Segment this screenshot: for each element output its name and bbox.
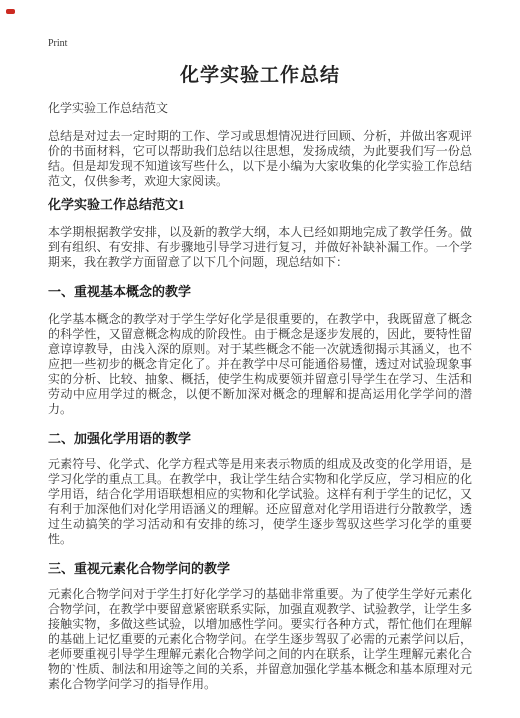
section-heading-1: 一、重视基本概念的教学 xyxy=(48,284,472,300)
document-page: Print 化学实验工作总结 化学实验工作总结范文 总结是对过去一定时期的工作、… xyxy=(0,0,520,692)
section-paragraph-1: 化学基本概念的教学对于学生学好化学是很重要的，在教学中，我既留意了概念的科学性，… xyxy=(48,312,472,417)
section-heading-sample1: 化学实验工作总结范文1 xyxy=(48,197,472,213)
document-subtitle: 化学实验工作总结范文 xyxy=(48,101,472,116)
section-paragraph-sample1: 本学期根据教学安排，以及新的教学大纲，本人已经如期地完成了教学任务。做到有组织、… xyxy=(48,225,472,270)
section-heading-3: 三、重视元素化合物学问的教学 xyxy=(48,561,472,577)
section-paragraph-3: 元素化合物学问对于学生打好化学学习的基础非常重要。为了使学生学好元素化合物学问，… xyxy=(48,587,472,692)
print-label: Print xyxy=(48,38,472,50)
intro-paragraph: 总结是对过去一定时期的工作、学习或思想情况进行回顾、分析，并做出客观评价的书面材… xyxy=(48,129,472,189)
page-title: 化学实验工作总结 xyxy=(48,64,472,88)
section-heading-2: 二、加强化学用语的教学 xyxy=(48,431,472,447)
red-indicator xyxy=(6,9,15,14)
section-paragraph-2: 元素符号、化学式、化学方程式等是用来表示物质的组成及改变的化学用语，是学习化学的… xyxy=(48,457,472,547)
